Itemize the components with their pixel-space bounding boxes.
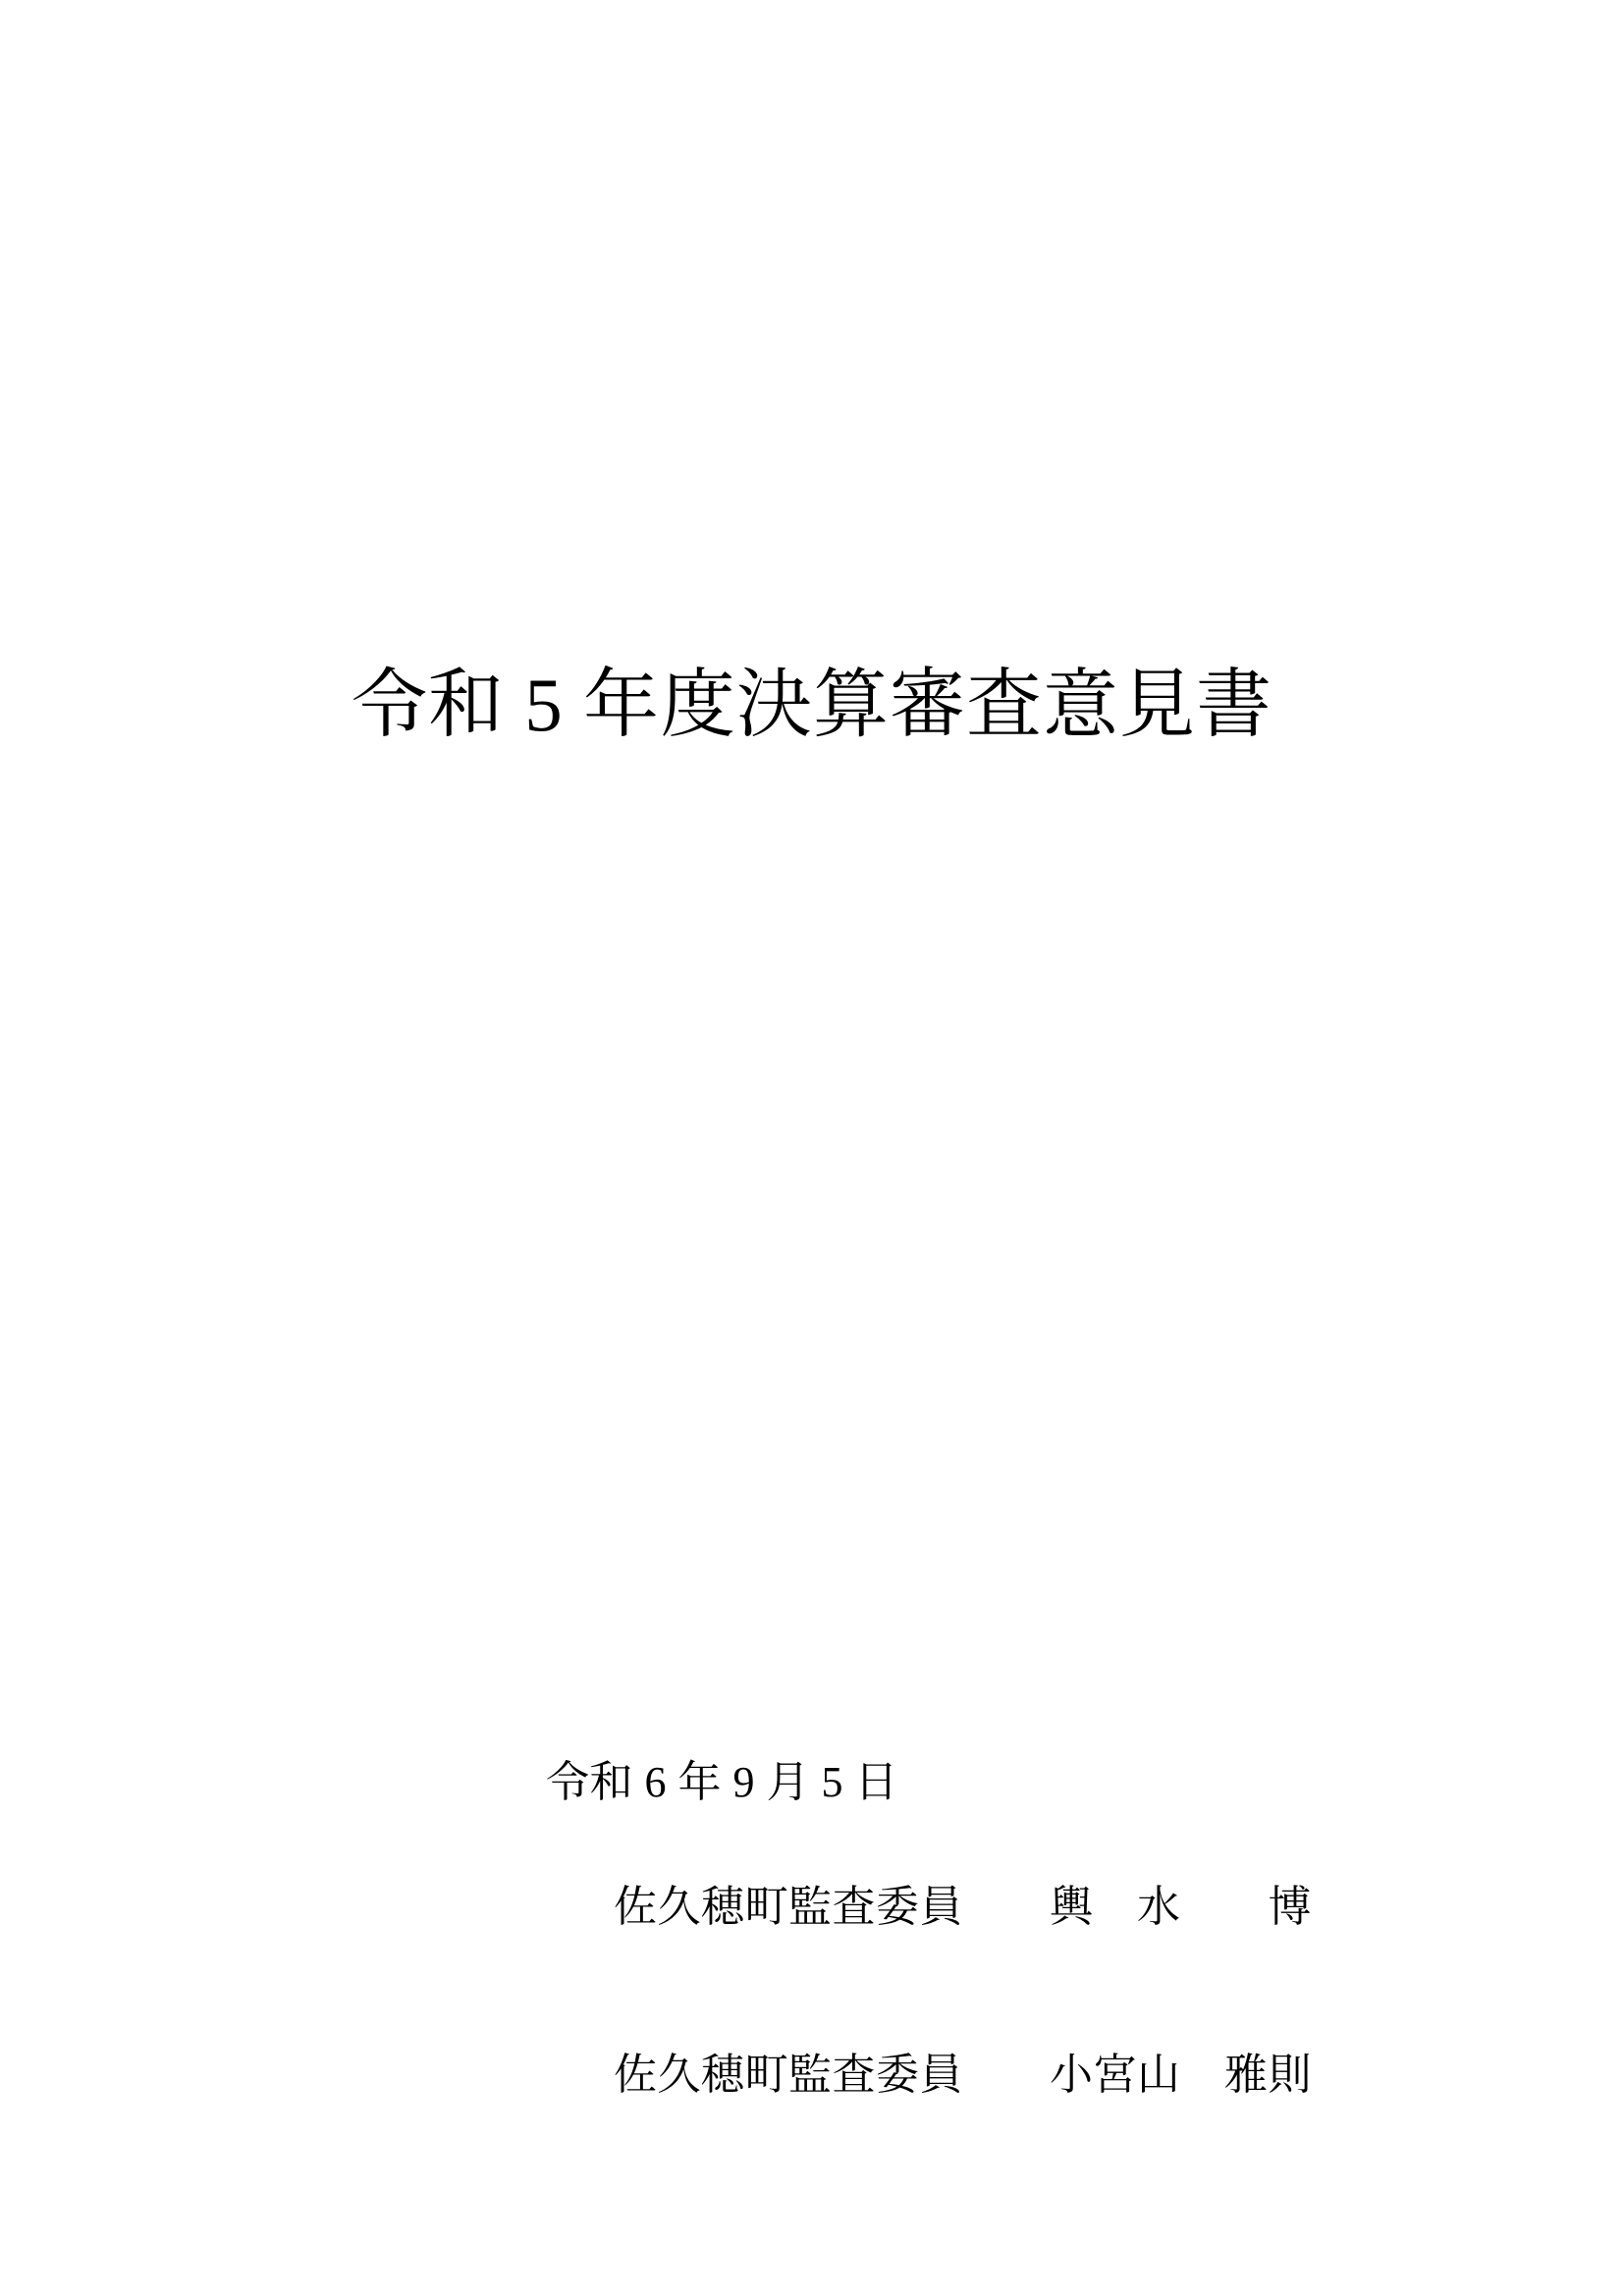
signer-name: 輿 水 博 — [1050, 1883, 1312, 1931]
signature-line: 佐久穂町監査委員輿 水 博 — [546, 1842, 1312, 1972]
signature-line: 佐久穂町監査委員小宮山 雅則 — [546, 2010, 1312, 2140]
document-date: 令和 6 年 9 月 5 日 — [546, 1761, 1312, 1804]
signer-role: 佐久穂町監査委員 — [614, 2051, 963, 2099]
signature-block: 令和 6 年 9 月 5 日 佐久穂町監査委員輿 水 博 佐久穂町監査委員小宮山… — [546, 1761, 1312, 2140]
document-title: 令和 5 年度決算審査意見書 — [0, 664, 1624, 747]
document-page: 令和 5 年度決算審査意見書 令和 6 年 9 月 5 日 佐久穂町監査委員輿 … — [0, 0, 1624, 2296]
signer-name: 小宮山 雅則 — [1050, 2051, 1312, 2099]
signer-role: 佐久穂町監査委員 — [614, 1883, 963, 1931]
